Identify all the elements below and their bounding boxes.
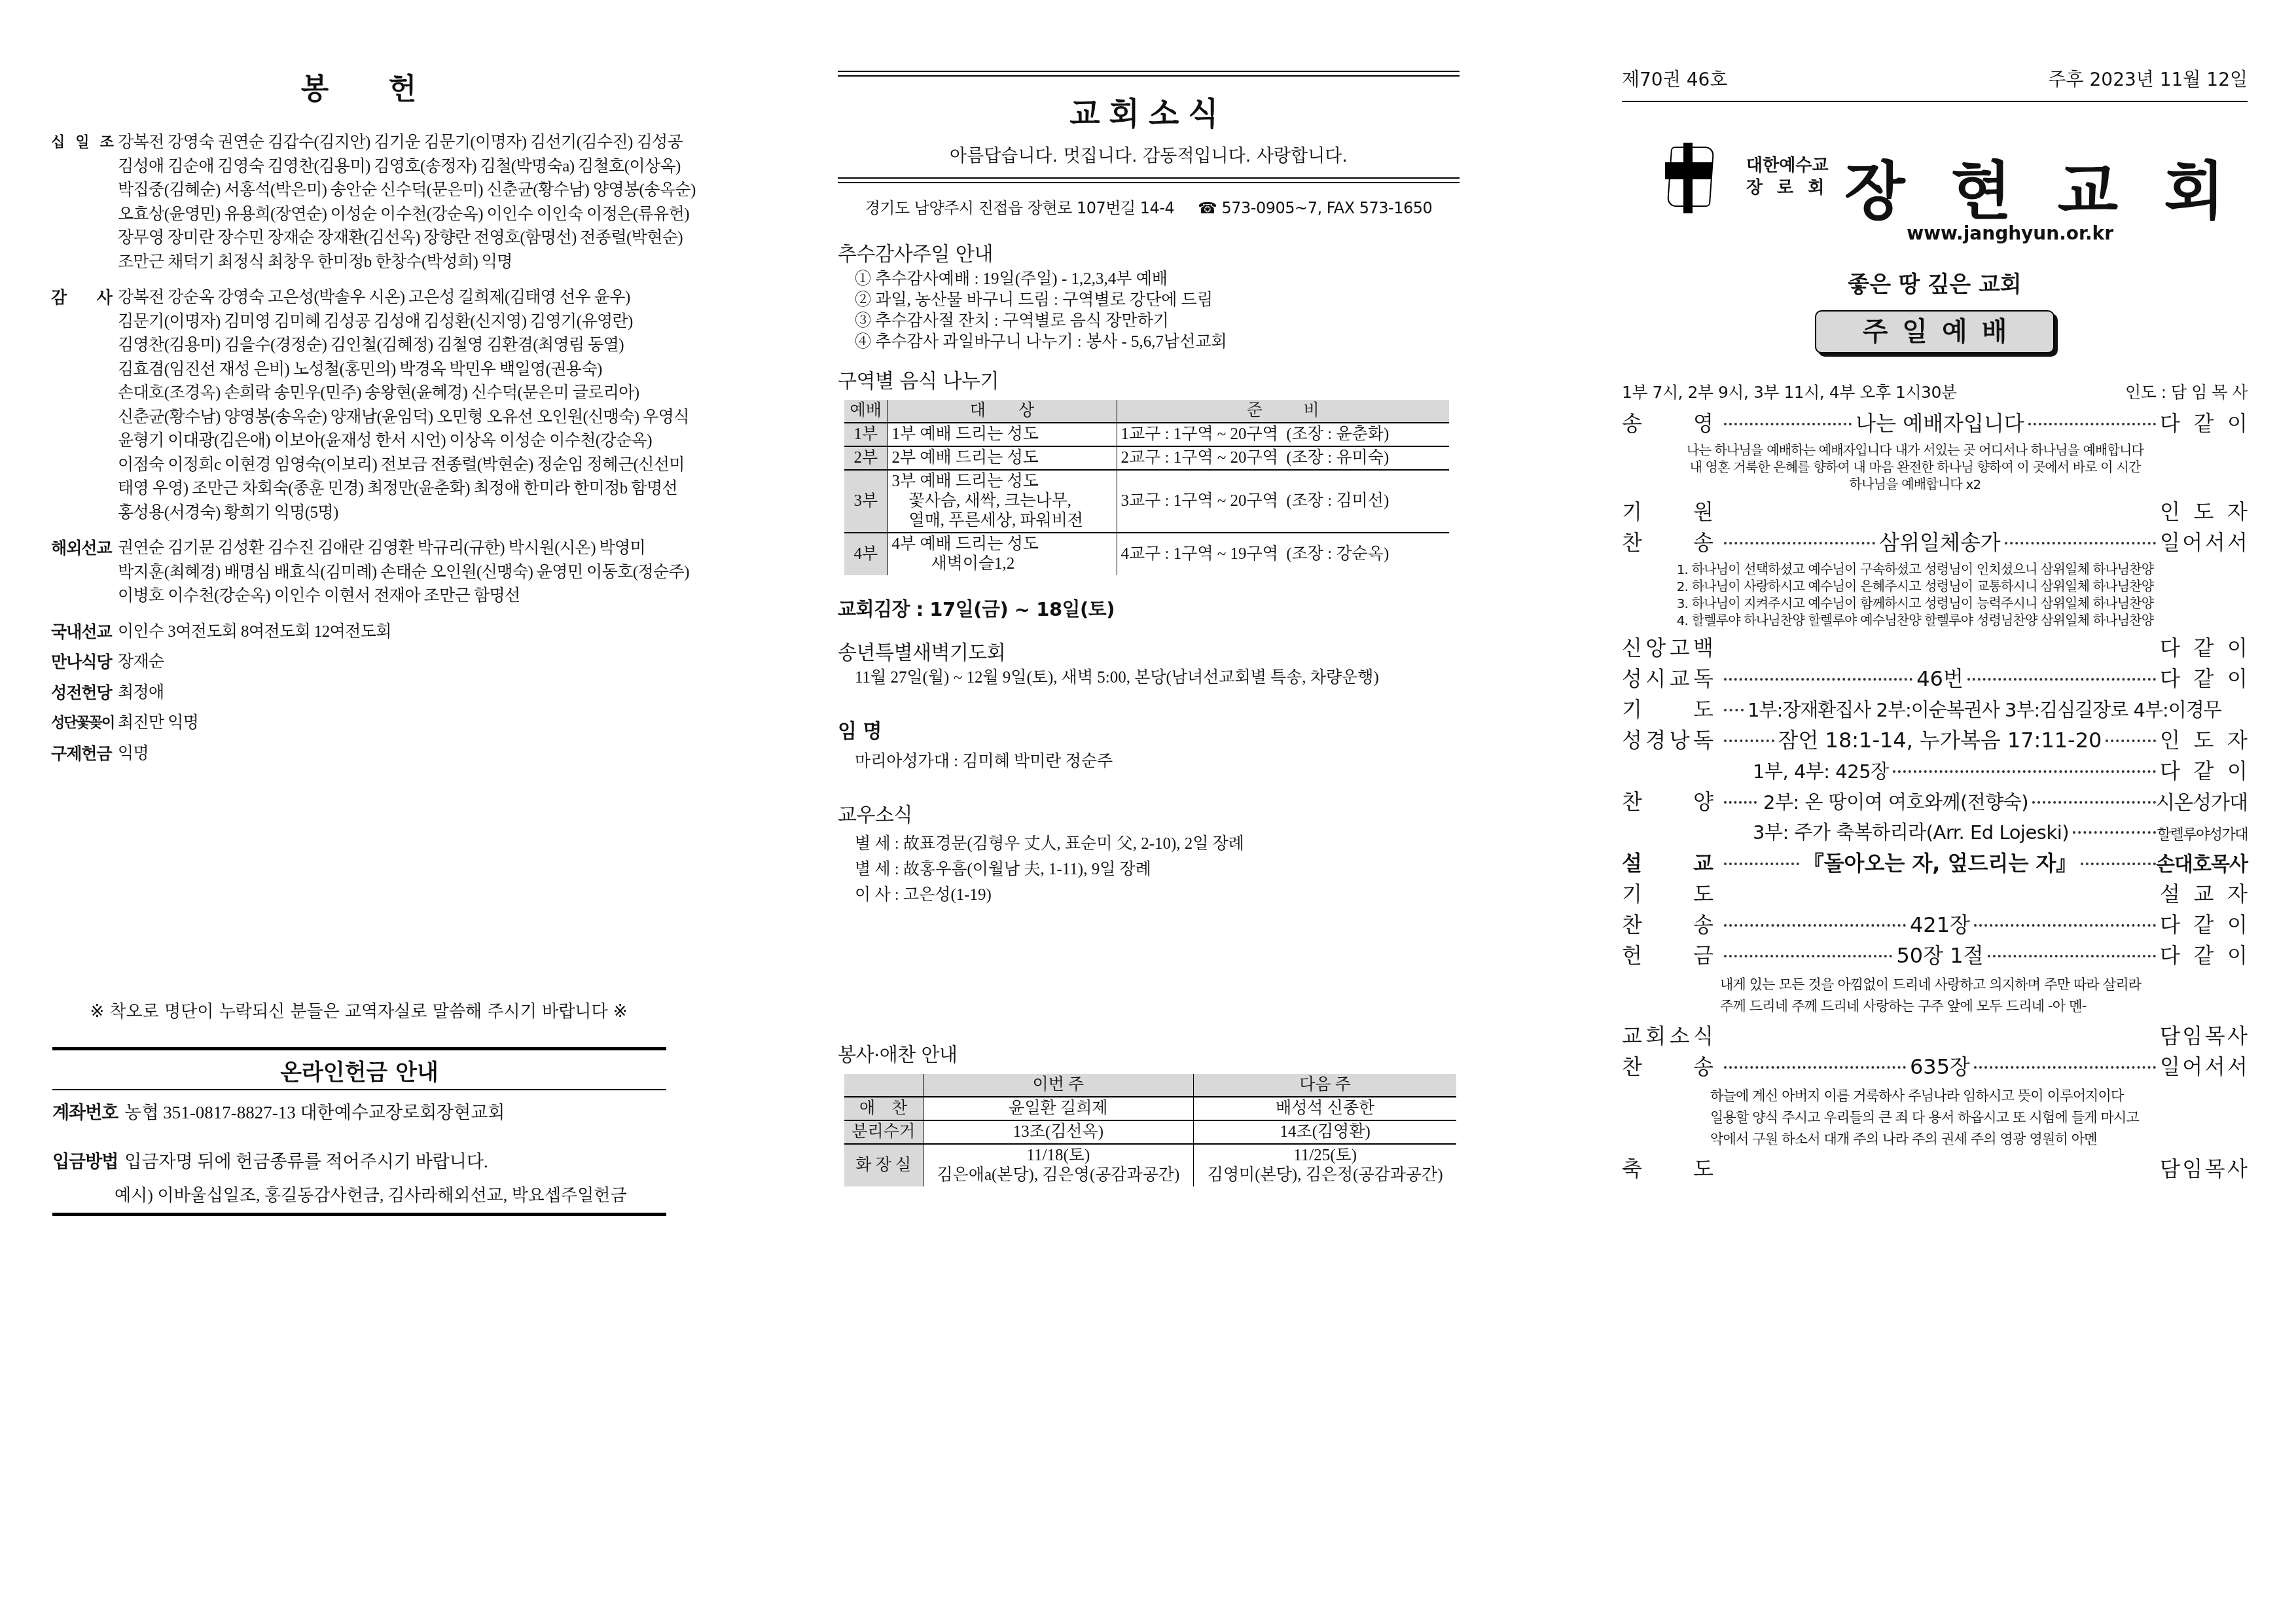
account-value: 농협 351-0817-8827-13 대한예수교장로회장현교회 [124,1103,505,1122]
performer-char: 인 [2160,497,2180,527]
offering-names: 최진만 익명 [118,711,666,736]
names-line: 최진만 익명 [118,711,666,736]
order-item-label: 기원 [1622,497,1720,527]
order-item-content: 2부: 온 땅이여 여호와께(전향숙) [1720,787,2160,818]
church-news-section: 교회소식 아름답습니다. 멋집니다. 감동적입니다. 사랑합니다. 경기도 남양… [838,71,1460,908]
label-char: 헌 [1622,940,1642,971]
order-item-performer: 다같이 [2160,940,2248,971]
order-item-label: 성경낭독 [1622,725,1720,756]
label-char: 송 [1693,1052,1713,1082]
order-of-worship: 송영나는 예배자입니다다같이나는 하나님을 예배하는 예배자입니다 내가 서있는… [1622,408,2248,1185]
performer-char: 어 [2182,1052,2202,1082]
order-item-content: 삼위일체송가 [1720,527,2160,558]
names-line: 이인수 3여전도회 8여전도회 12여전도회 [118,620,666,645]
order-item-content [1720,1173,2160,1176]
order-item: 교회소식담임목사 [1622,1021,2248,1052]
lyrics-line: 4. 할렐루야 하나님찬양 할렐루야 예수님찬양 할렐루야 성령님찬양 삼위일체… [1622,612,2208,629]
order-item-performer: 담임목사 [2160,1154,2248,1185]
target-line: 4부 예배 드리는 성도 [892,535,1113,554]
dot-leader [2005,542,2156,544]
names-line: 김영찬(김용미) 김을수(경정순) 김인철(김혜정) 김철영 김환겸(최영림 동… [118,334,689,358]
service-cell: 2부 [844,446,888,470]
member-news-item: 별 세 : 故홍우흠(이월남 夫, 1-11), 9일 장례 [855,857,1460,882]
performer-char: 다 [2160,940,2180,971]
performer-char: 다 [2160,756,2180,787]
kimjang-line: 교회김장 : 17일(금) ~ 18일(토) [838,595,1460,622]
names-line: 박지훈(최혜경) 배명심 배효식(김미례) 손태순 오인원(신맹숙) 윤영민 이… [118,561,689,585]
cell-line: 김은애a(본당), 김은영(공감과공간) [927,1166,1190,1185]
label-char: 사 [97,286,113,525]
duty-label-cell: 분리수거 [844,1120,923,1144]
performer-char: 다 [2160,408,2180,439]
offering-title: 봉 헌 [51,65,666,107]
names-line: 익명 [118,742,666,766]
double-rule-top [838,71,1460,77]
thanksgiving-item: ② 과일, 농산물 바구니 드림 : 구역별로 강단에 드림 [855,290,1460,311]
table-row: 3부3부 예배 드리는 성도꽃사슴, 새싹, 크는나무,열매, 푸른세상, 파워… [844,470,1449,533]
lyrics-block: 1. 하나님이 선택하셨고 예수님이 구속하셨고 성령님이 인치셨으니 삼위일체… [1622,561,2248,629]
label-char: 성 [1622,725,1642,756]
label-char: 시 [1645,664,1666,694]
label-char: 식 [1693,1021,1713,1052]
sunday-service-badge: 주일예배 [1815,310,2054,353]
label-char: 도 [1693,1154,1713,1185]
account-row: 계좌번호농협 351-0817-8827-13 대한예수교장로회장현교회 [52,1098,666,1124]
performer-char: 목 [2205,1021,2225,1052]
member-news-item: 이 사 : 고은성(1-19) [855,882,1460,908]
performer-char: 같 [2194,408,2214,439]
performer-char: 자 [2227,879,2248,910]
performer-char: 이 [2227,910,2248,940]
lyrics-block: 나는 하나님을 예배하는 예배자입니다 내가 서있는 곳 어디서나 하나님을 예… [1622,442,2248,493]
performer-char: 같 [2194,910,2214,940]
method-label: 입금방법 [52,1152,118,1172]
thanksgiving-item: ④ 추수감사 과일바구니 나누기 : 봉사 - 5,6,7남선교회 [855,332,1460,353]
target-line: 2부 예배 드리는 성도 [892,448,1113,468]
order-item-text: 3부: 주가 축복하리라(Arr. Ed Lojeski) [1753,817,2069,848]
label-char: 찬 [1622,1052,1642,1082]
lyrics-block: 하늘에 계신 아버지 이름 거룩하사 주님나라 임하시고 뜻이 이루어지이다일용… [1622,1085,2248,1150]
order-item: 성시교독46번다같이 [1622,664,2248,694]
label-char: 기 [1622,694,1642,725]
performer-char: 이 [2227,408,2248,439]
performer-char: 서 [2227,1052,2248,1082]
table-header-cell: 예배 [844,400,888,423]
names-line: 오효상(윤영민) 유용희(장연순) 이성순 이수천(강순옥) 이인수 이인숙 이… [118,203,696,227]
dot-leader [2032,801,2156,804]
dot-leader [1724,1066,1906,1069]
order-item-text: 잠언 18:1-14, 누가복음 17:11-20 [1778,725,2102,756]
dot-leader [2073,831,2156,834]
dot-leader [1724,709,1744,711]
label-char: 송 [1693,910,1713,940]
order-item-label: 찬양 [1622,787,1720,817]
names-line: 홍성용(서경숙) 황희기 익명(5명) [118,501,689,526]
names-line: 신춘균(황수남) 양영봉(송옥순) 양재남(윤임덕) 오민형 오유선 오인원(신… [118,406,689,430]
offering-group-label: 구제헌금 [51,742,118,766]
order-item: 찬송삼위일체송가일어서서 [1622,527,2248,558]
address: 경기도 남양주시 진접읍 장현로 107번길 14-4 [865,199,1175,217]
order-item-content: 1부:장재환집사 2부:이순복권사 3부:김심길장로 4부:이경무 [1720,695,2248,726]
this-week-cell: 윤일환 길희제 [923,1097,1194,1120]
label-char: 백 [1693,633,1713,664]
dot-leader [1988,955,2156,957]
order-item: 성경낭독잠언 18:1-14, 누가복음 17:11-20인도자 [1622,725,2248,756]
member-news-list: 별 세 : 故표경문(김형우 丈人, 표순미 父, 2-10), 2일 장례별 … [838,831,1460,908]
names-line: 박집중(김혜순) 서홍석(박은미) 송안순 신수덕(문은미) 신춘균(황수남) … [118,179,696,203]
order-item: 기도설교자 [1622,879,2248,910]
target-line: 1부 예배 드리는 성도 [892,425,1113,444]
cell-line: 11/18(토) [927,1146,1190,1166]
label-char: 교 [1693,848,1713,879]
order-item-performer: 시온성가대 [2160,787,2248,818]
church-motto: 좋은 땅 깊은 교회 [1622,266,2248,298]
dot-leader [1724,423,1852,425]
performer-char: 사 [2227,1021,2248,1052]
member-news-heading: 교우소식 [838,798,1460,827]
label-char: 금 [1693,940,1713,971]
cell-line: 김영미(본당), 김은정(공감과공간) [1198,1166,1452,1185]
label-char: 감 [51,286,67,525]
lyrics-line: 주께 드리네 주께 드리네 사랑하는 구주 앞에 모두 드리네 -아 멘- [1720,995,2208,1017]
table-row: 애 찬윤일환 길희제배성석 신종한 [844,1097,1456,1120]
order-item-label: 찬송 [1622,527,1720,558]
names-line: 이병호 이수천(강순옥) 이인수 이현서 전재아 조만근 함명선 [118,584,689,609]
food-sharing-table: 예배대 상준 비1부1부 예배 드리는 성도1교구 : 1구역 ~ 20구역 (… [844,400,1449,575]
order-item-label: 설교 [1622,848,1720,879]
performer-char: 인 [2160,725,2180,756]
worship-cover-section: 제70권 46호 주후 2023년 11월 12일 대한예수교 장로회 장현교회… [1622,65,2248,1185]
order-item-label: 축도 [1622,1154,1720,1185]
target-line: 꽃사슴, 새싹, 크는나무, [892,491,1113,511]
service-leader: 인도 : 담 임 목 사 [2125,380,2248,403]
cell-line: 11/25(토) [1198,1146,1452,1166]
order-item: 찬양2부: 온 땅이여 여호와께(전향숙)시온성가대 [1622,787,2248,817]
online-offering-box: 온라인헌금 안내 계좌번호농협 351-0817-8827-13 대한예수교장로… [52,1047,666,1216]
denomination-name: 대한예수교 장로회 [1746,154,1851,199]
dot-leader [1724,955,1892,957]
target-cell: 2부 예배 드리는 성도 [888,446,1117,470]
label-char: 기 [1622,497,1642,527]
label-char: 찬 [1622,527,1642,558]
table-header-cell [844,1074,923,1097]
dot-leader [2106,740,2156,742]
duty-label-cell: 애 찬 [844,1097,923,1120]
dot-leader [1724,863,1799,865]
cell-line: 13조(김선옥) [927,1122,1190,1142]
appointment-text: 마리아성가대 : 김미혜 박미란 정순주 [838,751,1460,772]
offering-names: 장재순 [118,651,666,675]
performer-char: 담 [2160,1021,2180,1052]
order-item-performer: 손대호목사 [2160,849,2248,880]
lyrics-line: 3. 하나님이 지켜주시고 예수님이 함께하시고 성령님이 능력주시니 삼위일체… [1622,595,2208,612]
method-value: 입금자명 뒤에 헌금종류를 적어주시기 바랍니다. [124,1152,488,1171]
order-item-content [1720,516,2160,519]
denomination-line-1: 대한예수교 [1746,154,1851,177]
lyrics-line: 내게 있는 모든 것을 아낌없이 드리네 사랑하고 의지하며 주만 따라 살리라 [1720,974,2208,995]
rule-bottom [52,1213,666,1216]
performer-char: 이 [2227,756,2248,787]
names-line: 윤형기 이대광(김은애) 이보아(윤재성 한서 시언) 이상옥 이성순 이수천(… [118,429,689,454]
prep-cell: 1교구 : 1구역 ~ 20구역 (조장 : 윤춘화) [1117,423,1449,446]
target-line: 열매, 푸른세상, 파워비전 [892,511,1113,531]
thanksgiving-list: ① 추수감사예배 : 19일(주일) - 1,2,3,4부 예배② 과일, 농산… [838,269,1460,353]
table-header-cell: 다음 주 [1194,1074,1456,1097]
telephone-icon: ☎ [1198,199,1217,217]
label-char: 고 [1670,633,1690,664]
order-item-performer: 다같이 [2160,664,2248,694]
service-duty-table: 이번 주다음 주애 찬윤일환 길희제배성석 신종한분리수거13조(김선옥)14조… [844,1074,1456,1186]
phone: 573-0905~7, FAX 573-1650 [1222,199,1433,217]
order-item-content [1720,652,2160,655]
performer-char: 임 [2182,1154,2202,1185]
performer-char: 같 [2194,633,2214,664]
dawn-prayer-heading: 송년특별새벽기도회 [838,636,1460,665]
order-item-content: 46번 [1720,664,2160,694]
label-char: 독 [1693,725,1713,756]
lyrics-line: 2. 하나님이 사랑하시고 예수님이 은혜주시고 성령님이 교통하시니 삼위일체… [1622,578,2208,595]
order-item-content [1720,899,2160,901]
order-item-performer: 설교자 [2160,879,2248,910]
label-char: 조 [100,131,113,274]
next-week-cell: 11/25(토)김영미(본당), 김은정(공감과공간) [1194,1144,1456,1186]
table-row: 분리수거13조(김선옥)14조(김영환) [844,1120,1456,1144]
cell-line: 배성석 신종한 [1198,1099,1452,1118]
label-char: 일 [75,131,88,274]
label-char: 설 [1622,848,1642,879]
label-char: 축 [1622,1154,1642,1185]
table-row: 4부4부 예배 드리는 성도새벽이슬1,24교구 : 1구역 ~ 19구역 (조… [844,533,1449,575]
news-subtitle: 아름답습니다. 멋집니다. 감동적입니다. 사랑합니다. [838,141,1460,167]
offering-group: 구제헌금익명 [51,742,666,766]
order-item-performer: 담임목사 [2160,1021,2248,1052]
service-duty-section: 봉사·애찬 안내 이번 주다음 주애 찬윤일환 길희제배성석 신종한분리수거13… [838,1041,1460,1186]
dot-leader [1724,924,1906,927]
label-char: 송 [1622,408,1642,439]
offering-group-label: 성전헌당 [51,681,118,705]
table-header-cell: 준 비 [1117,400,1449,423]
order-item-label: 기도 [1622,694,1720,725]
order-item-content: 『돌아오는 자, 엎드리는 자』 [1720,848,2160,879]
dot-leader [1893,770,2156,773]
performer-char: 도 [2194,497,2214,527]
performer-char: 같 [2194,940,2214,971]
food-sharing-heading: 구역별 음식 나누기 [838,365,1460,393]
order-item-label: 헌금 [1622,940,1720,971]
performer-char: 다 [2160,910,2180,940]
performer-char: 목 [2205,1154,2225,1185]
dot-leader [1724,542,1875,544]
order-item: 신앙고백다같이 [1622,633,2248,664]
prep-cell: 4교구 : 1구역 ~ 19구역 (조장 : 강순옥) [1117,533,1449,575]
order-item: 송영나는 예배자입니다다같이 [1622,408,2248,439]
performer-char: 담 [2160,1154,2180,1185]
label-char: 도 [1693,694,1713,725]
names-line: 김문기(이명자) 김미영 김미혜 김성공 김성애 김성환(신지영) 김영기(유영… [118,310,689,334]
order-item: 3부: 주가 축복하리라(Arr. Ed Lojeski)할렐루야성가대 [1622,817,2248,848]
cell-line: 14조(김영환) [1198,1122,1452,1142]
performer-char: 서 [2227,527,2248,558]
this-week-cell: 11/18(토)김은애a(본당), 김은영(공감과공간) [923,1144,1194,1186]
names-line: 권연순 김기문 김성환 김수진 김애란 김영환 박규리(규한) 박시원(시온) … [118,537,689,561]
dot-leader [1724,801,1757,804]
dawn-prayer-text: 11월 27일(월) ~ 12월 9일(토), 새벽 5:00, 본당(남녀선교… [838,668,1460,688]
offering-group: 해외선교권연순 김기문 김성환 김수진 김애란 김영환 박규리(규한) 박시원(… [51,537,666,609]
member-news-item: 별 세 : 故표경문(김형우 丈人, 표순미 父, 2-10), 2일 장례 [855,831,1460,857]
performer-char: 임 [2182,1021,2202,1052]
target-line: 3부 예배 드리는 성도 [892,472,1113,491]
offering-group: 성단꽃꽂이최진만 익명 [51,711,666,736]
performer-char: 이 [2227,940,2248,971]
order-item-performer: 일어서서 [2160,1052,2248,1082]
performer-char: 이 [2227,664,2248,694]
label-char: 성 [1622,664,1642,694]
dot-leader [2081,863,2156,865]
dot-leader [2028,423,2156,425]
offering-groups: 십일조강복전 강영숙 권연순 김갑수(김지안) 김기운 김문기(이명자) 김선기… [51,131,666,766]
performer-char: 같 [2194,756,2214,787]
performer-char: 다 [2160,633,2180,664]
label-char: 경 [1645,725,1666,756]
order-item-label: 기도 [1622,879,1720,910]
table-header-cell: 대 상 [888,400,1117,423]
names-line: 장재순 [118,651,666,675]
service-cell: 1부 [844,423,888,446]
offering-group-label: 감사 [51,286,118,525]
performer-char: 일 [2160,527,2180,558]
label-char: 교 [1670,664,1690,694]
performer-char: 교 [2194,879,2214,910]
label-char: 소 [1670,1021,1690,1052]
label-char: 양 [1693,787,1713,817]
next-week-cell: 배성석 신종한 [1194,1097,1456,1120]
order-item-label: 찬송 [1622,1052,1720,1082]
dot-leader [1724,678,1912,681]
dot-leader [1724,740,1774,742]
service-cell: 4부 [844,533,888,575]
order-item-text: 나는 예배자입니다 [1856,408,2024,439]
address-line: 경기도 남양주시 진접읍 장현로 107번길 14-4 ☎ 573-0905~7… [838,195,1460,218]
dot-leader [1974,924,2156,927]
label-char: 독 [1693,664,1713,694]
lyrics-line: 나는 하나님을 예배하는 예배자입니다 내가 서있는 곳 어디서나 하나님을 예… [1622,442,2208,459]
appointment-heading: 임 명 [838,715,1460,743]
cell-line: 윤일환 길희제 [927,1099,1190,1118]
this-week-cell: 13조(김선옥) [923,1120,1194,1144]
order-item-performer: 다같이 [2160,408,2248,439]
table-row: 1부1부 예배 드리는 성도1교구 : 1구역 ~ 20구역 (조장 : 윤춘화… [844,423,1449,446]
church-name: 장현교회 [1844,141,2270,231]
order-item-text: 421장 [1910,910,1970,940]
order-item-performer: 다같이 [2160,756,2248,787]
order-item-content: 1부, 4부: 425장 [1753,757,2160,787]
table-row: 화 장 실11/18(토)김은애a(본당), 김은영(공감과공간)11/25(토… [844,1144,1456,1186]
offering-group-label: 성단꽃꽂이 [51,711,118,736]
order-item-label: 신앙고백 [1622,633,1720,664]
names-line: 강복전 강영숙 권연순 김갑수(김지안) 김기운 김문기(이명자) 김선기(김수… [118,131,696,155]
online-offering-title: 온라인헌금 안내 [52,1050,666,1090]
offering-section: 봉 헌 십일조강복전 강영숙 권연순 김갑수(김지안) 김기운 김문기(이명자)… [51,65,666,772]
lyrics-block: 내게 있는 모든 것을 아낌없이 드리네 사랑하고 의지하며 주만 따라 살리라… [1622,974,2248,1017]
offering-names: 최정애 [118,681,666,705]
offering-names: 강복전 강영숙 권연순 김갑수(김지안) 김기운 김문기(이명자) 김선기(김수… [118,131,696,274]
label-char: 도 [1693,879,1713,910]
news-title: 교회소식 [838,88,1460,134]
order-item-text: 삼위일체송가 [1879,527,2000,558]
offering-group: 감사강복전 강순옥 강영숙 고은성(박솔우 시온) 고은성 길희제(김태영 선우… [51,286,666,525]
next-week-cell: 14조(김영환) [1194,1120,1456,1144]
order-item: 찬송421장다같이 [1622,910,2248,940]
order-item: 찬송635장일어서서 [1622,1052,2248,1082]
thanksgiving-heading: 추수감사주일 안내 [838,238,1460,266]
method-row: 입금방법입금자명 뒤에 헌금종류를 적어주시기 바랍니다. [52,1147,666,1173]
offering-names: 권연순 김기문 김성환 김수진 김애란 김영환 박규리(규한) 박시원(시온) … [118,537,689,609]
method-example: 예시) 이바울십일조, 홍길동감사헌금, 김사라해외선교, 박요셉주일헌금 [52,1182,666,1206]
lyrics-line: 하나님을 예배합니다 x2 [1622,476,2208,493]
performer-char: 설 [2160,879,2180,910]
target-cell: 4부 예배 드리는 성도새벽이슬1,2 [888,533,1117,575]
label-char: 원 [1693,497,1713,527]
account-label: 계좌번호 [52,1103,118,1123]
order-item-label: 찬송 [1622,910,1720,940]
order-item-text: 2부: 온 땅이여 여호와께(전향숙) [1763,787,2028,818]
lyrics-line: 하늘에 계신 아버지 이름 거룩하사 주님나라 임하시고 뜻이 이루어지이다 [1710,1085,2208,1107]
dot-leader [1974,1066,2156,1069]
performer-char: 서 [2205,527,2225,558]
lyrics-line: 내 영혼 거룩한 은혜를 향하여 내 마음 완전한 하나님 향하여 이 곳에서 … [1622,459,2208,476]
names-line: 김효겸(임진선 재성 은비) 노성철(홍민의) 박경옥 박민우 백일영(권용숙) [118,358,689,382]
names-line: 조만근 채덕기 최정식 최창우 한미정b 한창수(박성희) 익명 [118,251,696,275]
duty-label-cell: 화 장 실 [844,1144,923,1186]
performer-char: 일 [2160,1052,2180,1082]
order-item-performer: 할렐루야성가대 [2160,819,2248,850]
label-char: 송 [1693,527,1713,558]
order-item-text: 『돌아오는 자, 엎드리는 자』 [1803,848,2077,879]
order-item: 설교『돌아오는 자, 엎드리는 자』손대호목사 [1622,848,2248,879]
order-item-content: 421장 [1720,910,2160,940]
offering-group: 국내선교이인수 3여전도회 8여전도회 12여전도회 [51,620,666,645]
performer-char: 어 [2182,527,2202,558]
names-line: 손대호(조경옥) 손희락 송민우(민주) 송왕현(윤혜경) 신수덕(문은미 글로… [118,382,689,406]
denomination-line-2: 장로회 [1746,177,1851,199]
offering-names: 익명 [118,742,666,766]
dot-leader [1967,678,2156,681]
label-char: 십 [51,131,63,274]
order-item-content: 3부: 주가 축복하리라(Arr. Ed Lojeski) [1753,817,2160,848]
prep-cell: 3교구 : 1구역 ~ 20구역 (조장 : 김미선) [1117,470,1449,533]
issue-meta: 제70권 46호 주후 2023년 11월 12일 [1622,65,2248,102]
target-cell: 3부 예배 드리는 성도꽃사슴, 새싹, 크는나무,열매, 푸른세상, 파워비전 [888,470,1117,533]
order-item-performer: 인도자 [2160,725,2248,756]
names-line: 장무영 장미란 장수민 장재순 장재환(김선옥) 장향란 전영호(함명선) 전종… [118,226,696,251]
performer-char: 자 [2227,497,2248,527]
table-header-cell: 이번 주 [923,1074,1194,1097]
offering-group-label: 해외선교 [51,537,118,609]
order-item-text: 1부:장재환집사 2부:이순복권사 3부:김심길장로 4부:이경무 [1748,695,2221,726]
church-logo: 대한예수교 장로회 장현교회 [1622,102,2248,226]
lyrics-line: 악에서 구원 하소서 대개 주의 나라 주의 권세 주의 영광 영원히 아멘 [1710,1128,2208,1150]
performer-char: 같 [2194,664,2214,694]
order-item-text: 1부, 4부: 425장 [1753,757,1889,787]
order-item-text: 50장 1절 [1896,940,1983,971]
issue-date: 주후 2023년 11월 12일 [2049,65,2248,92]
order-item-content [1720,1041,2160,1043]
omission-notice: ※ 착오로 명단이 누락되신 분들은 교역자실로 말씀해 주시기 바랍니다 ※ [51,998,666,1022]
service-times-row: 1부 7시, 2부 9시, 3부 11시, 4부 오후 1시30분 인도 : 담… [1622,380,2248,403]
label-char: 회 [1645,1021,1666,1052]
order-item-text: 46번 [1916,664,1964,694]
label-char: 기 [1622,879,1642,910]
